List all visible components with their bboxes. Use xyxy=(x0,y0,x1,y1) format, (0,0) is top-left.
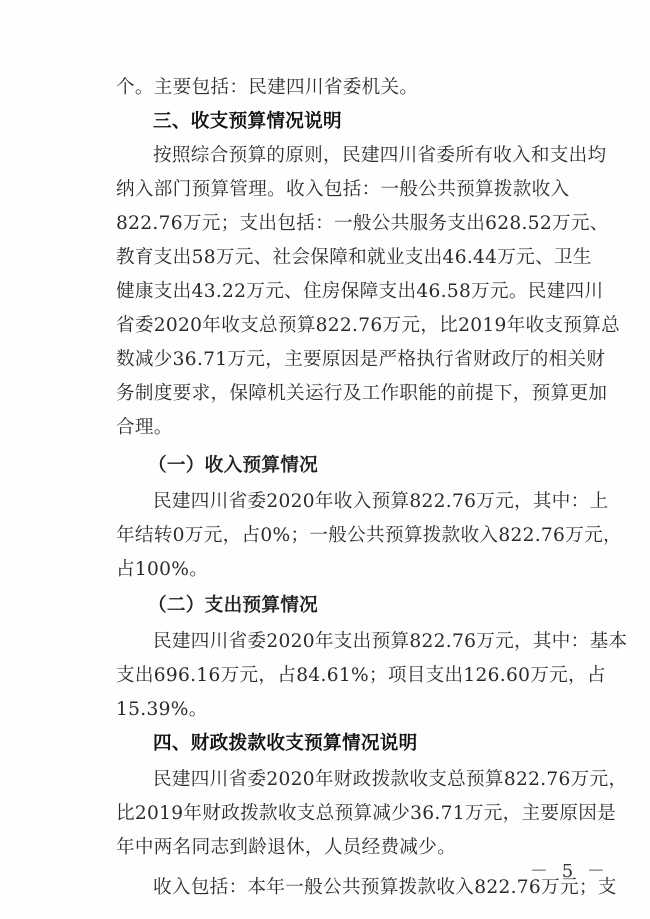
page-number: － 5 － xyxy=(530,857,609,883)
body-line: 民建四川省委2020年收入预算822.76万元，其中：上 xyxy=(153,490,563,514)
body-line: 数减少36.71万元，主要原因是严格执行省财政厅的相关财 xyxy=(116,348,563,372)
body-line: 收入包括：本年一般公共预算拨款收入822.76万元；支 xyxy=(153,876,563,900)
section-heading-4: 四、财政拨款收支预算情况说明 xyxy=(153,732,563,756)
body-line: 占100%。 xyxy=(116,558,563,582)
body-line: 年中两名同志到龄退休，人员经费减少。 xyxy=(116,836,563,860)
document-page: 个。主要包括：民建四川省委机关。 三、收支预算情况说明 按照综合预算的原则，民建… xyxy=(0,0,650,919)
body-line: 比2019年财政拨款收支总预算减少36.71万元，主要原因是 xyxy=(116,802,563,826)
section-heading-3: 三、收支预算情况说明 xyxy=(153,110,563,134)
body-line: 822.76万元；支出包括：一般公共服务支出628.52万元、 xyxy=(116,212,563,236)
body-line: 合理。 xyxy=(116,416,563,440)
body-line: 教育支出58万元、社会保障和就业支出46.44万元、卫生 xyxy=(116,246,563,270)
body-line: 15.39%。 xyxy=(116,698,563,722)
body-line: 省委2020年收支总预算822.76万元，比2019年收支预算总 xyxy=(116,314,563,338)
subsection-heading-income: （一）收入预算情况 xyxy=(148,454,595,478)
body-line: 年结转0万元，占0%；一般公共预算拨款收入822.76万元， xyxy=(116,524,563,548)
body-line: 个。主要包括：民建四川省委机关。 xyxy=(116,76,563,100)
body-line: 民建四川省委2020年财政拨款收支总预算822.76万元， xyxy=(153,768,563,792)
body-line: 健康支出43.22万元、住房保障支出46.58万元。民建四川 xyxy=(116,280,563,304)
body-line: 按照综合预算的原则，民建四川省委所有收入和支出均 xyxy=(153,144,563,168)
body-line: 民建四川省委2020年支出预算822.76万元，其中：基本 xyxy=(153,630,563,654)
body-line: 务制度要求，保障机关运行及工作职能的前提下，预算更加 xyxy=(116,382,563,406)
body-line: 纳入部门预算管理。收入包括：一般公共预算拨款收入 xyxy=(116,178,563,202)
subsection-heading-expense: （二）支出预算情况 xyxy=(148,594,595,618)
body-line: 支出696.16万元，占84.61%；项目支出126.60万元，占 xyxy=(116,664,563,688)
